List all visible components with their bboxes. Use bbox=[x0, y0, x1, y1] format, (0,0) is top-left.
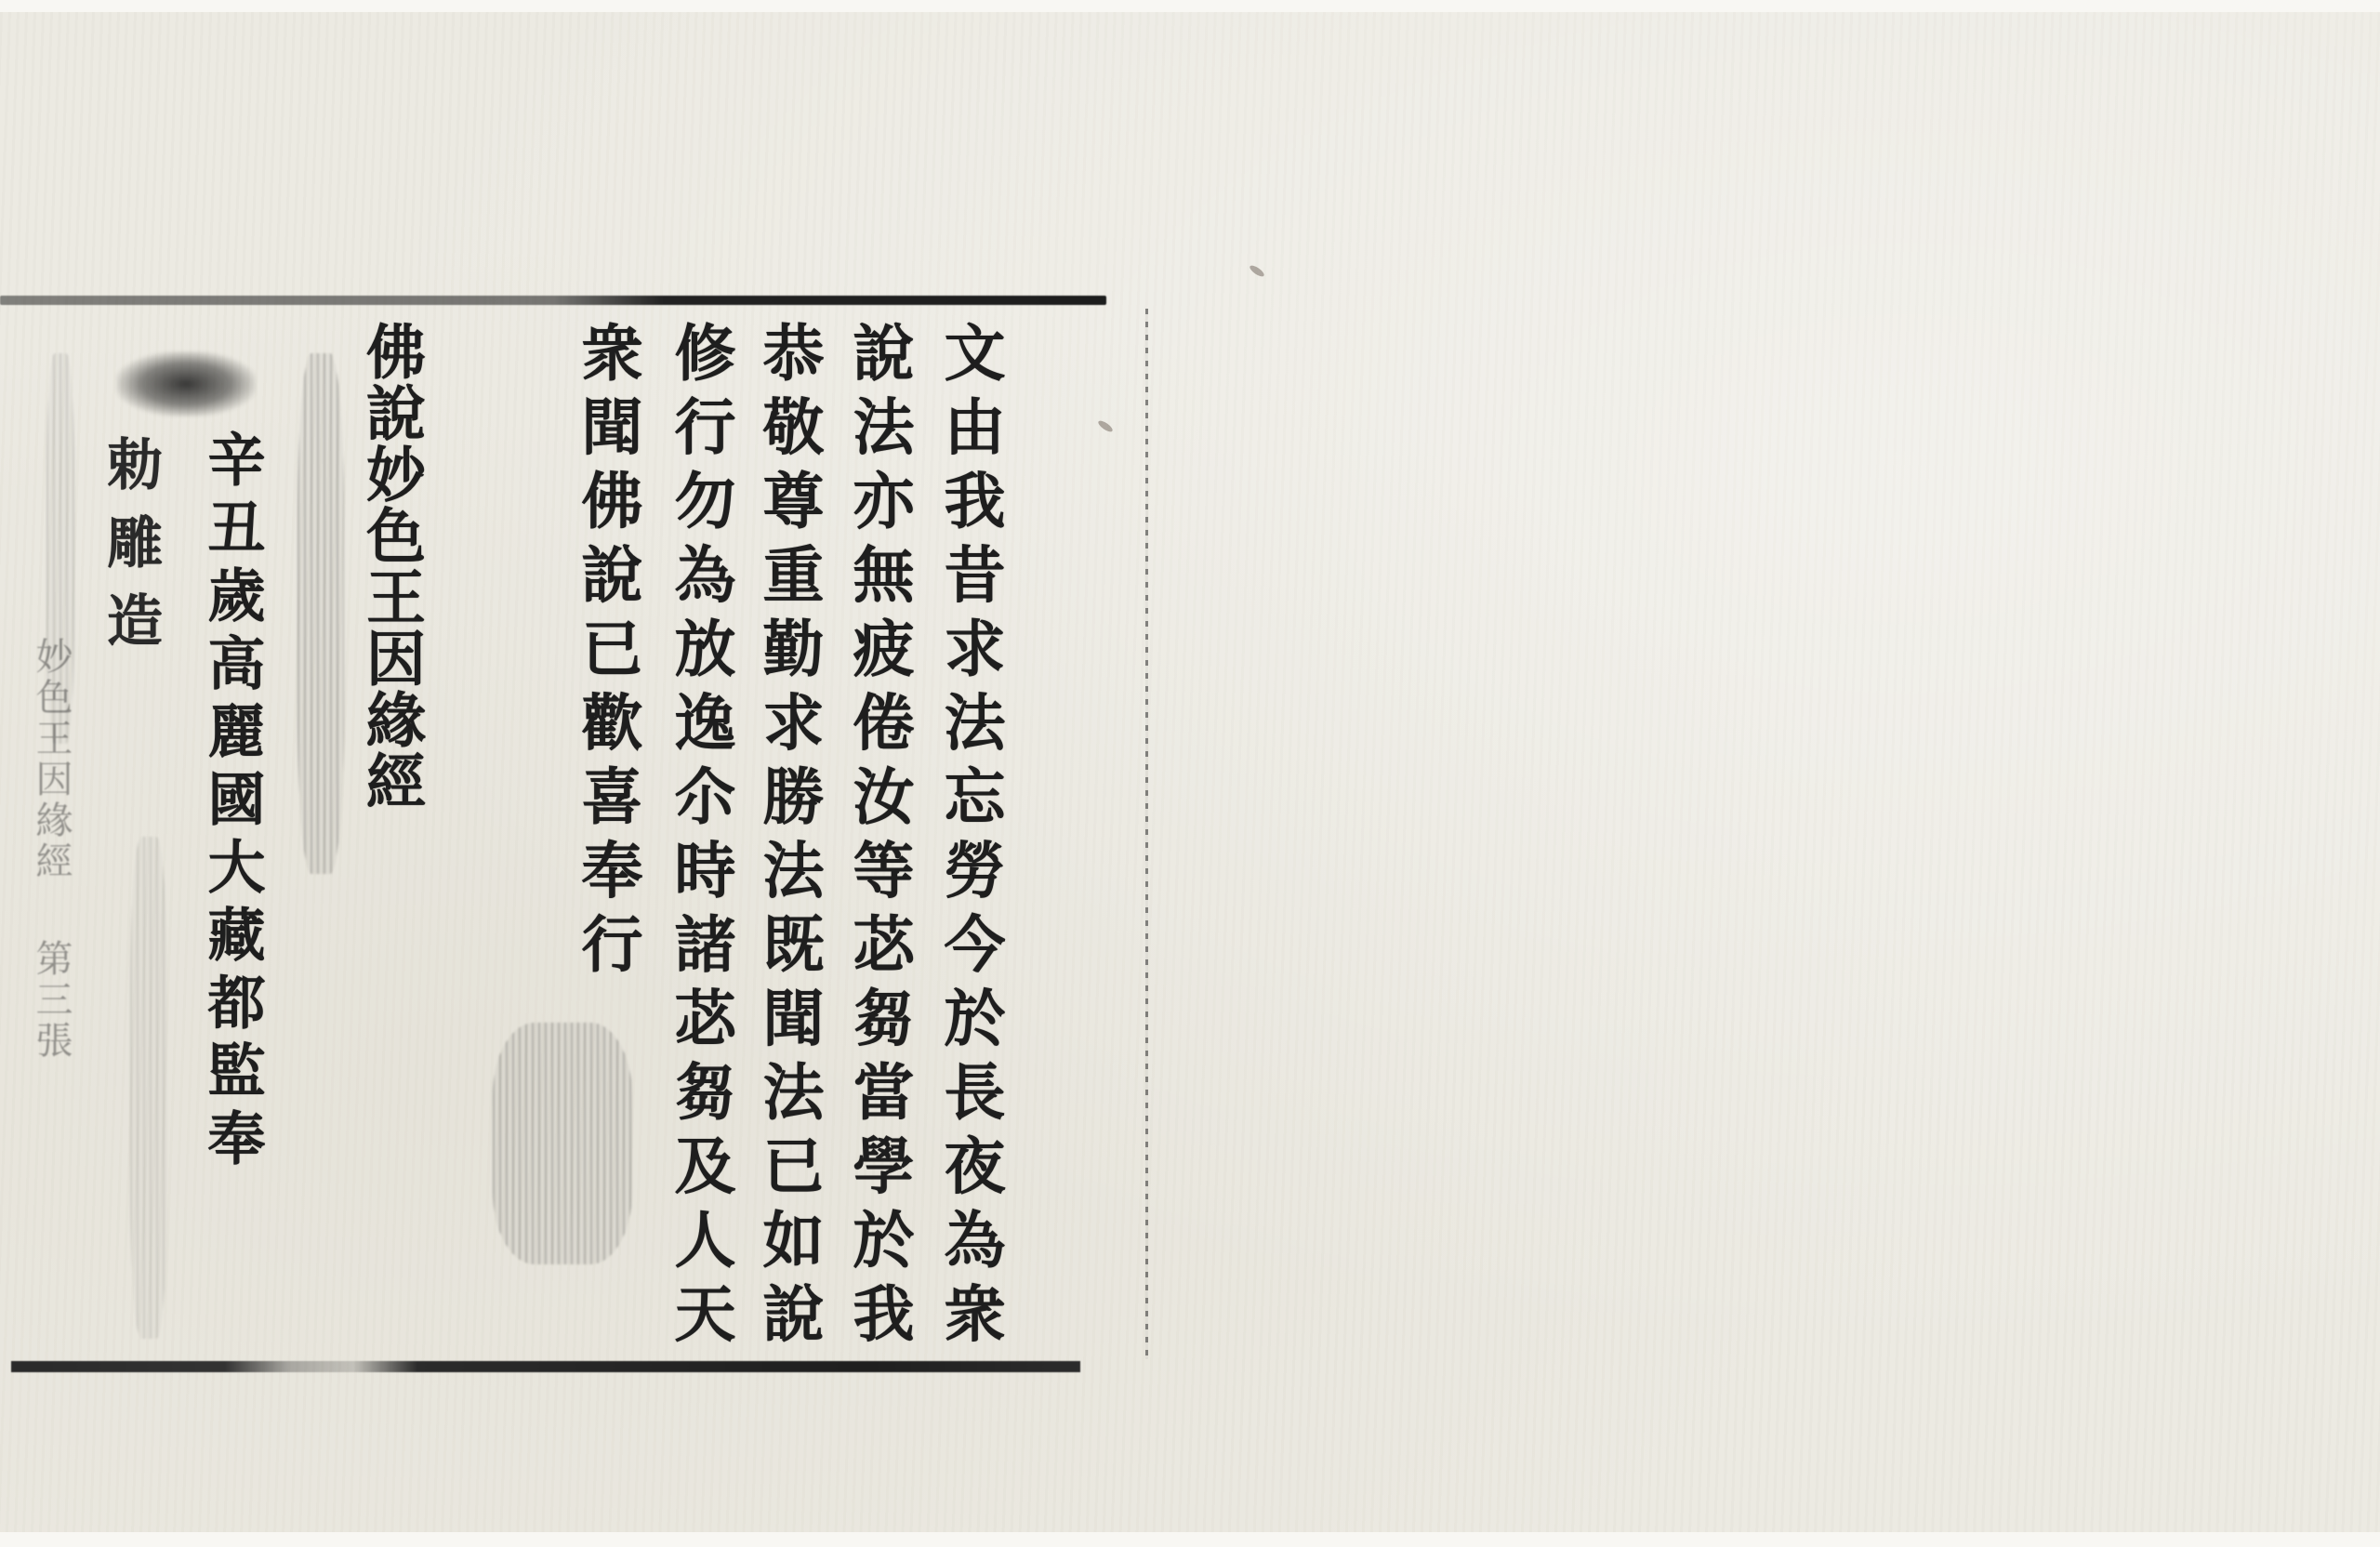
text-column-4: 修行勿為放逸尒時諸苾芻及人天 bbox=[669, 321, 731, 1355]
ornament-ink-mark bbox=[116, 351, 256, 416]
ink-smudge bbox=[493, 1023, 632, 1264]
frame-bottom-border bbox=[11, 1361, 1080, 1372]
text-column-5: 衆聞佛說已歡喜奉行 bbox=[576, 321, 638, 986]
text-column-3: 恭敬尊重勤求勝法既聞法已如說 bbox=[758, 321, 819, 1355]
colophon-line-1: 辛丑歲高麗國大藏都監奉 bbox=[203, 430, 260, 1176]
margin-title: 妙色王因緣經 bbox=[33, 637, 70, 882]
margin-sheet-number: 第三張 bbox=[33, 939, 70, 1062]
frame-right-border bbox=[1145, 309, 1148, 1359]
ink-smudge bbox=[130, 837, 167, 1339]
ink-smudge bbox=[297, 353, 344, 874]
text-column-2: 說法亦無疲倦汝等苾芻當學於我 bbox=[848, 321, 909, 1355]
colophon-line-2: 勅雕造 bbox=[102, 435, 158, 669]
scanned-page: 文由我昔求法忘勞今於長夜為衆 說法亦無疲倦汝等苾芻當學於我 恭敬尊重勤求勝法既聞… bbox=[0, 0, 2380, 1547]
sutra-title: 佛說妙色王因緣經 bbox=[361, 321, 420, 812]
frame-top-border bbox=[0, 296, 1106, 305]
text-column-1: 文由我昔求法忘勞今於長夜為衆 bbox=[939, 321, 1000, 1355]
